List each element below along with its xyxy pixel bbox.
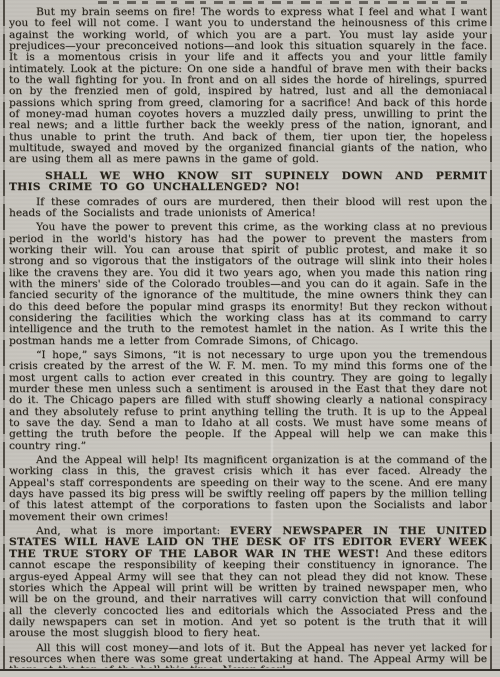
newspaper-page: But my brain seems on fire! The words to… [0, 0, 500, 677]
text-segment: All this will cost money—and lots of it.… [9, 642, 487, 668]
right-column-rule [490, 0, 492, 677]
text-segment: But my brain seems on fire! The words to… [9, 7, 487, 165]
text-segment: And, what is more important: [36, 525, 230, 537]
bottom-margin [0, 671, 500, 677]
paragraph: “I hope,” says Simons, “it is not necess… [9, 350, 487, 452]
paragraph: And the Appeal will help! Its magnificen… [9, 455, 487, 523]
paragraph: And, what is more important: EVERY NEWSP… [9, 526, 487, 639]
section-heading: SHALL WE WHO KNOW SIT SUPINELY DOWN AND … [9, 171, 487, 194]
paragraph: But my brain seems on fire! The words to… [9, 7, 487, 166]
text-segment: “I hope,” says Simons, “it is not necess… [9, 349, 487, 452]
left-column-rule [3, 0, 5, 677]
text-segment: And these editors cannot escape the resp… [9, 548, 487, 639]
clipped-line-fragment [98, 1, 468, 4]
text-segment: You have the power to prevent this crime… [9, 221, 487, 346]
article-column: But my brain seems on fire! The words to… [9, 7, 487, 668]
paragraph: You have the power to prevent this crime… [9, 222, 487, 347]
paragraph: If these comrades of ours are murdered, … [9, 197, 487, 220]
paragraph: All this will cost money—and lots of it.… [9, 643, 487, 668]
text-segment: SHALL WE WHO KNOW SIT SUPINELY DOWN AND … [9, 170, 487, 193]
text-segment: If these comrades of ours are murdered, … [9, 196, 487, 219]
text-segment: And the Appeal will help! Its magnificen… [9, 454, 487, 523]
